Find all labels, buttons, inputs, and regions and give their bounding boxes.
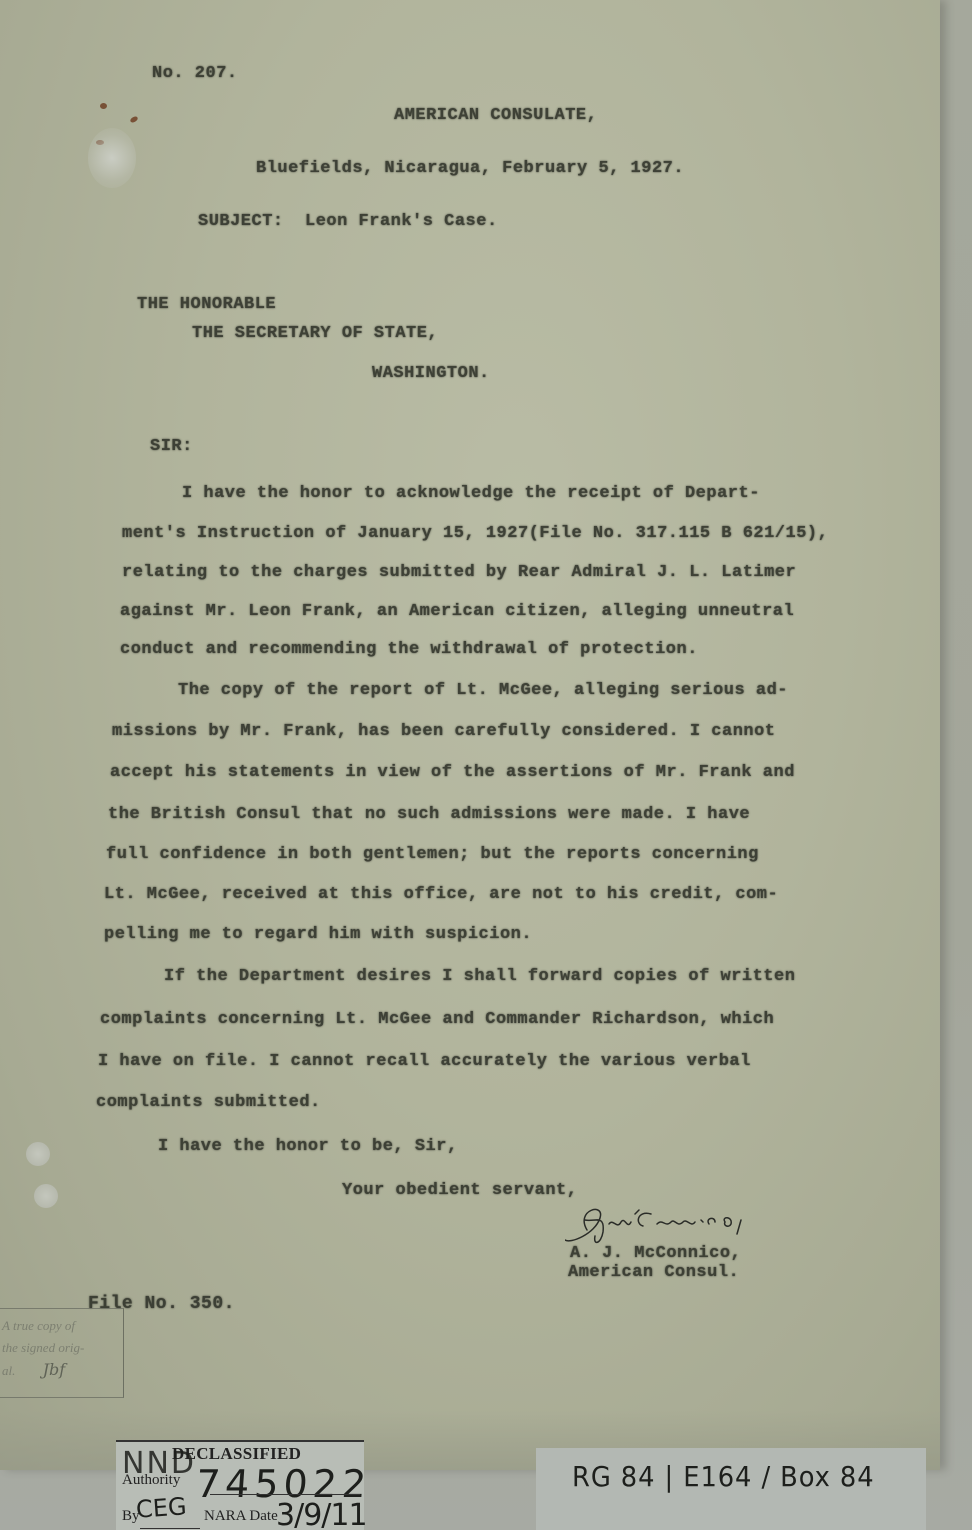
by-underline <box>140 1528 200 1529</box>
subject-line: SUBJECT: Leon Frank's Case. <box>198 212 498 231</box>
punch-hole <box>34 1184 58 1208</box>
letter-page: No. 207. AMERICAN CONSULATE, Bluefields,… <box>0 0 940 1470</box>
true-copy-stamp: A true copy of the signed orig- al. Jbf <box>0 1308 124 1398</box>
declassification-label: DECLASSIFIED NND Authority 745022 By CEG… <box>116 1440 364 1530</box>
authority-label: Authority <box>122 1472 180 1489</box>
stamp-line-1: A true copy of <box>2 1315 123 1337</box>
body-line: I have the honor to acknowledge the rece… <box>182 484 760 503</box>
body-line: ment's Instruction of January 15, 1927(F… <box>122 524 828 543</box>
body-line: full confidence in both gentlemen; but t… <box>106 845 759 864</box>
body-line: I have on file. I cannot recall accurate… <box>98 1052 751 1071</box>
body-line: conduct and recommending the withdrawal … <box>120 640 698 659</box>
body-line: Lt. McGee, received at this office, are … <box>104 885 778 904</box>
signer-name: A. J. McConnico, <box>570 1244 741 1263</box>
paper-smudge <box>88 128 136 188</box>
punch-hole <box>26 1142 50 1166</box>
closing-line: I have the honor to be, Sir, <box>158 1137 458 1156</box>
by-initials: CEG <box>135 1492 187 1523</box>
body-line: The copy of the report of Lt. McGee, all… <box>178 681 788 700</box>
body-line: accept his statements in view of the ass… <box>110 763 795 782</box>
rust-stain <box>100 103 107 109</box>
stamp-initials: Jbf <box>43 1360 66 1379</box>
salutation: SIR: <box>150 437 193 456</box>
subject-text: Leon Frank's Case. <box>305 212 498 231</box>
authority-underline <box>210 1494 360 1495</box>
archive-location-label: RG 84 | E164 / Box 84 <box>536 1448 926 1530</box>
rust-stain <box>129 115 138 123</box>
svg-text:A.J. McConnico: A.J. McConnico <box>565 1200 574 1201</box>
declassification-date: 3/9/11 <box>276 1498 367 1530</box>
place-and-date: Bluefields, Nicaragua, February 5, 1927. <box>256 159 684 178</box>
addressee-line-1: THE HONORABLE <box>137 295 276 314</box>
record-group-text: RG 84 | E164 / Box 84 <box>572 1460 875 1493</box>
dispatch-number: No. 207. <box>152 64 238 83</box>
body-line: against Mr. Leon Frank, an American citi… <box>120 602 794 621</box>
nara-date-label: NARA Date <box>204 1508 278 1525</box>
body-line: complaints concerning Lt. McGee and Comm… <box>100 1010 774 1029</box>
valediction: Your obedient servant, <box>342 1181 577 1200</box>
body-line: If the Department desires I shall forwar… <box>164 967 795 986</box>
stamp-line-3: al. Jbf <box>2 1359 123 1382</box>
addressee-line-2: THE SECRETARY OF STATE, <box>192 324 438 343</box>
addressee-line-3: WASHINGTON. <box>372 364 490 383</box>
handwritten-signature: A.J. McConnico <box>565 1200 775 1250</box>
body-line: the British Consul that no such admissio… <box>108 805 750 824</box>
body-line: missions by Mr. Frank, has been carefull… <box>112 722 776 741</box>
letterhead: AMERICAN CONSULATE, <box>394 106 597 125</box>
body-line: relating to the charges submitted by Rea… <box>122 563 796 582</box>
body-line: complaints submitted. <box>96 1093 321 1112</box>
body-line: pelling me to regard him with suspicion. <box>104 925 532 944</box>
subject-label: SUBJECT: <box>198 212 284 231</box>
stamp-line-2: the signed orig- <box>2 1337 123 1359</box>
signer-title: American Consul. <box>568 1263 739 1282</box>
